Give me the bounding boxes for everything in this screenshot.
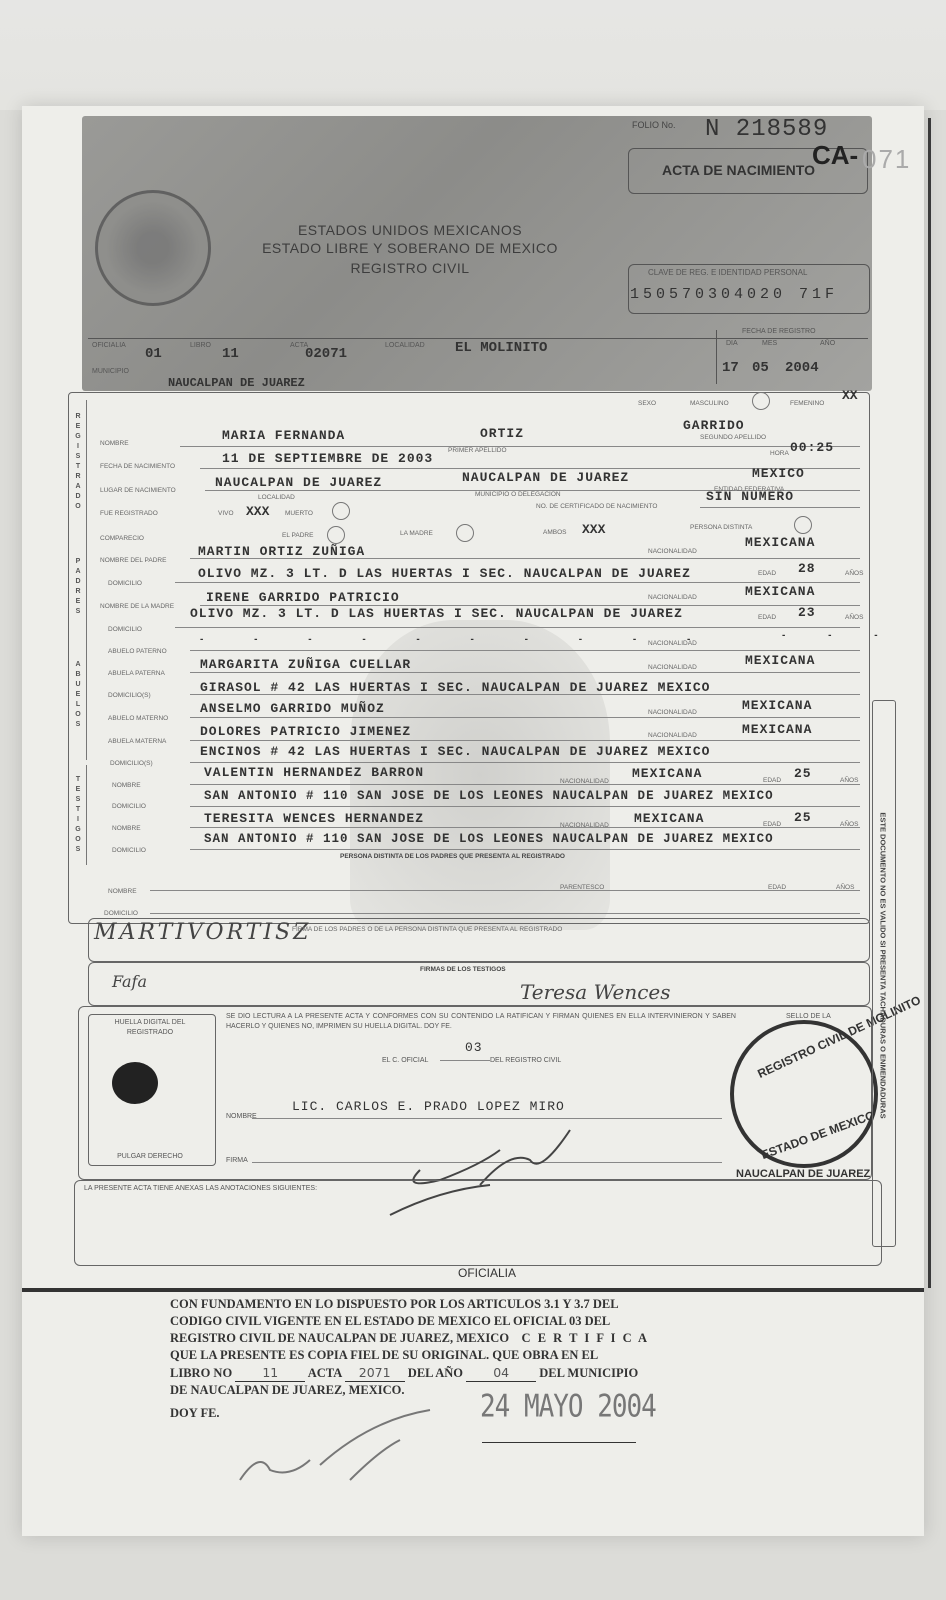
- abuelo-paterno-line: [190, 650, 860, 651]
- testigo1-nombre: VALENTIN HERNANDEZ BARRON: [204, 765, 424, 780]
- primer-apellido-label: PRIMER APELLIDO: [448, 447, 507, 454]
- dom-padre-line: [175, 582, 860, 583]
- sello-municipio: NAUCALPAN DE JUAREZ: [736, 1168, 870, 1180]
- abuela-paterna-value: MARGARITA ZUÑIGA CUELLAR: [200, 657, 411, 672]
- persona-distinta-title: PERSONA DISTINTA DE LOS PADRES QUE PRESE…: [340, 853, 565, 860]
- abuela-materna-line: [190, 740, 860, 741]
- testigo2-nacionalidad: MEXICANA: [634, 811, 704, 826]
- abuelo-materno-nac-value: MEXICANA: [742, 698, 812, 713]
- la-madre-label: LA MADRE: [400, 530, 433, 537]
- cert-libro-label: LIBRO NO: [170, 1366, 232, 1380]
- clave-label: CLAVE DE REG. E IDENTIDAD PERSONAL: [648, 268, 807, 277]
- oficialia-footer: OFICIALIA: [458, 1266, 516, 1280]
- cert-ano-label: DEL AÑO: [408, 1366, 463, 1380]
- state-title: ESTADO LIBRE Y SOBERANO DE MEXICO: [240, 240, 580, 256]
- testigo1-nac-label: NACIONALIDAD: [560, 778, 609, 785]
- municipio-value: NAUCALPAN DE JUAREZ: [168, 376, 305, 390]
- testigo2-edad: 25: [794, 810, 812, 825]
- testigo1-nacionalidad: MEXICANA: [632, 766, 702, 781]
- firma-padres-handwritten: MARTIVORTISZ: [94, 920, 311, 945]
- masculino-checkbox: [752, 392, 770, 410]
- abuela-paterna-nac-value: MEXICANA: [745, 653, 815, 668]
- domicilio-paternos-value: GIRASOL # 42 LAS HUERTAS I SEC. NAUCALPA…: [200, 680, 710, 695]
- nombre-label: NOMBRE: [100, 440, 129, 447]
- cert-line-4: QUE LA PRESENTE ES COPIA FIEL DE SU ORIG…: [170, 1347, 682, 1364]
- fecha-nacimiento-label: FECHA DE NACIMIENTO: [100, 463, 175, 470]
- abuela-paterna-label: ABUELA PATERNA: [108, 670, 165, 677]
- hora-label: HORA: [770, 450, 789, 457]
- certificado-label: No. DE CERTIFICADO DE NACIMIENTO: [536, 503, 657, 510]
- nombre-padre-label: NOMBRE DEL PADRE: [100, 557, 166, 564]
- nacionalidad-padre-label: NACIONALIDAD: [648, 548, 697, 555]
- section-tab-abuelos: ABUELOS: [70, 640, 87, 760]
- libro-label: LIBRO: [190, 342, 211, 349]
- fingerprint-icon: [112, 1062, 158, 1104]
- fecha-col-dia: DIA: [726, 340, 738, 347]
- vivo-mark: XXX: [246, 504, 269, 519]
- municipio-label: MUNICIPIO: [92, 368, 129, 375]
- fecha-col-ano: AÑO: [820, 340, 835, 347]
- domicilio-madre-value: OLIVO MZ. 3 LT. D LAS HUERTAS I SEC. NAU…: [190, 606, 683, 621]
- vivo-label: VIVO: [218, 510, 234, 517]
- nombre-value: MARIA FERNANDA: [222, 428, 345, 443]
- ambos-label: AMBOS: [543, 529, 566, 536]
- abuelo-materno-line: [190, 717, 860, 718]
- localidad-label: LOCALIDAD: [385, 342, 425, 349]
- municipio-sub-label: MUNICIPIO O DELEGACION: [475, 491, 561, 498]
- abuela-materna-value: DOLORES PATRICIO JIMENEZ: [200, 724, 411, 739]
- lugar-entidad-value: MEXICO: [752, 466, 805, 481]
- certification-date-stamp: 24 MAYO 2004: [480, 1389, 656, 1425]
- testigo2-nac-label: NACIONALIDAD: [560, 822, 609, 829]
- domicilio-padre-label: DOMICILIO: [108, 580, 142, 587]
- certificado-line: [700, 507, 860, 508]
- abuelo-materno-nac-label: NACIONALIDAD: [648, 709, 697, 716]
- edad-madre-value: 23: [798, 605, 816, 620]
- testigo2-nombre: TERESITA WENCES HERNANDEZ: [204, 811, 424, 826]
- testigo2-nombre-label: NOMBRE: [112, 825, 141, 832]
- testigo1-nombre-label: NOMBRE: [112, 782, 141, 789]
- el-padre-label: EL PADRE: [282, 532, 313, 539]
- cert-municipio-label: DEL MUNICIPIO: [539, 1366, 638, 1380]
- testigo1-domicilio: SAN ANTONIO # 110 SAN JOSE DE LOS LEONES…: [204, 789, 774, 803]
- nombre-line: [180, 446, 860, 447]
- fecha-col-mes: MES: [762, 340, 777, 347]
- pulgar-label: PULGAR DERECHO: [100, 1152, 200, 1162]
- ambos-mark: XXX: [582, 522, 605, 537]
- edad-padre-value: 28: [798, 561, 816, 576]
- muerto-checkbox: [332, 502, 350, 520]
- testigo1-edad: 25: [794, 766, 812, 781]
- dom-maternos-line: [190, 762, 860, 763]
- ca-stamp: CA-: [812, 140, 858, 171]
- testigo1-line: [190, 784, 860, 785]
- nombre-madre-value: IRENE GARRIDO PATRICIO: [206, 590, 400, 605]
- persona-edad-label: EDAD: [768, 884, 786, 891]
- segundo-apellido-label: SEGUNDO APELLIDO: [700, 434, 766, 441]
- localidad-sub-label: LOCALIDAD: [258, 494, 295, 501]
- certifier-signature-line: [482, 1442, 636, 1443]
- domicilio-maternos-label: DOMICILIO(S): [110, 760, 153, 767]
- abuelo-paterno-nac-value: - - -: [782, 630, 898, 641]
- footer-divider: [22, 1288, 924, 1292]
- testigo-signature-1: Fafa: [112, 972, 147, 991]
- testigo2-line: [190, 827, 860, 828]
- background-top: [0, 0, 946, 110]
- lectura-text: SE DIO LECTURA A LA PRESENTE ACTA Y CONF…: [226, 1012, 736, 1032]
- femenino-label: FEMENINO: [790, 400, 824, 407]
- muerto-label: MUERTO: [285, 510, 313, 517]
- section-tab-padres: PADRES: [70, 545, 87, 642]
- cert-acta-value: 2071: [345, 1364, 405, 1382]
- country-title: ESTADOS UNIDOS MEXICANOS: [240, 222, 580, 238]
- femenino-mark: XX: [842, 388, 858, 403]
- edad-madre-label: EDAD: [758, 614, 776, 621]
- nacionalidad-madre-label: NACIONALIDAD: [648, 594, 697, 601]
- persona-distinta-check-label: PERSONA DISTINTA: [690, 524, 752, 531]
- testigo2-domicilio: SAN ANTONIO # 110 SAN JOSE DE LOS LEONES…: [204, 832, 774, 846]
- parentesco-label: PARENTESCO: [560, 884, 604, 891]
- lugar-nacimiento-label: LUGAR DE NACIMIENTO: [100, 487, 176, 494]
- oficialia-value: 01: [145, 346, 162, 362]
- certifica-word: C E R T I F I C A: [522, 1331, 650, 1345]
- abuela-paterna-line: [190, 672, 860, 673]
- domicilio-padre-value: OLIVO MZ. 3 LT. D LAS HUERTAS I SEC. NAU…: [198, 566, 691, 581]
- document-type: ACTA DE NACIMIENTO: [662, 162, 815, 178]
- sexo-label: SEXO: [638, 400, 656, 407]
- huella-label: HUELLA DIGITAL DEL REGISTRADO: [100, 1018, 200, 1038]
- nombre-madre-label: NOMBRE DE LA MADRE: [100, 603, 174, 610]
- fecha-registro-ano: 2004: [785, 360, 819, 376]
- oficial-label: EL C. OFICIAL: [382, 1056, 428, 1066]
- oficialia-label: OFICIALIA: [92, 342, 126, 349]
- testigo2-dom-line: [190, 849, 860, 850]
- la-madre-checkbox: [456, 524, 474, 542]
- libro-value: 11: [222, 346, 239, 362]
- abuelo-materno-value: ANSELMO GARRIDO MUÑOZ: [200, 701, 385, 716]
- abuela-materna-nac-value: MEXICANA: [742, 722, 812, 737]
- page-edge: [928, 118, 931, 1288]
- oficial-line: [440, 1060, 490, 1061]
- oficial-nombre-label: NOMBRE: [226, 1112, 257, 1122]
- oficial-number: 03: [465, 1040, 483, 1055]
- persona-nombre-line: [150, 890, 860, 891]
- mexico-coat-of-arms-icon: [95, 190, 211, 306]
- domicilio-madre-label: DOMICILIO: [108, 626, 142, 633]
- persona-distinta-checkbox: [794, 516, 812, 534]
- oficial-firma-label: FIRMA: [226, 1156, 248, 1166]
- localidad-value: EL MOLINITO: [455, 340, 547, 356]
- ca-number: 071: [862, 144, 911, 175]
- persona-domicilio-label: DOMICILIO: [104, 910, 138, 917]
- edad-padre-label: EDAD: [758, 570, 776, 577]
- fecha-nacimiento-value: 11 DE SEPTIEMBRE DE 2003: [222, 451, 433, 466]
- testigo1-domicilio-label: DOMICILIO: [112, 803, 146, 810]
- persona-nombre-label: NOMBRE: [108, 888, 137, 895]
- domicilio-paternos-label: DOMICILIO(S): [108, 692, 151, 699]
- anos-padre-label: AÑOS: [845, 570, 863, 577]
- cert-acta-label: ACTA: [308, 1366, 342, 1380]
- abuela-materna-label: ABUELA MATERNA: [108, 738, 166, 745]
- cert-line-2: CODIGO CIVIL VIGENTE EN EL ESTADO DE MEX…: [170, 1313, 682, 1330]
- masculino-label: MASCULINO: [690, 400, 729, 407]
- primer-apellido-value: ORTIZ: [480, 426, 524, 441]
- fecha-registro-mes: 05: [752, 360, 769, 376]
- certificado-value: SIN NUMERO: [706, 489, 794, 504]
- persona-dom-line: [150, 913, 860, 914]
- testigo1-dom-line: [190, 806, 860, 807]
- acta-value: 02071: [305, 346, 347, 362]
- folio-label: FOLIO No.: [632, 120, 676, 130]
- lugar-localidad-value: NAUCALPAN DE JUAREZ: [215, 475, 382, 490]
- section-tab-testigos: TESTIGOS: [70, 765, 87, 865]
- hora-value: 00:25: [790, 440, 834, 455]
- folio-number: N 218589: [705, 116, 828, 143]
- certifier-signature-icon: [230, 1400, 450, 1490]
- dom-madre-line: [175, 627, 860, 628]
- anotaciones-label: LA PRESENTE ACTA TIENE ANEXAS LAS ANOTAC…: [84, 1184, 317, 1194]
- nombre-padre-value: MARTIN ORTIZ ZUÑIGA: [198, 544, 365, 559]
- nacionalidad-madre-value: MEXICANA: [745, 584, 815, 599]
- testigo1-edad-label: EDAD: [763, 777, 781, 784]
- firma-testigos-label: FIRMAS DE LOS TESTIGOS: [420, 966, 506, 973]
- abuela-materna-nac-label: NACIONALIDAD: [648, 732, 697, 739]
- fecha-registro-dia: 17: [722, 360, 739, 376]
- del-registro-label: DEL REGISTRO CIVIL: [490, 1056, 561, 1066]
- lugar-municipio-value: NAUCALPAN DE JUAREZ: [462, 470, 629, 485]
- fecha-registro-label: FECHA DE REGISTRO: [742, 328, 816, 335]
- testigo2-anos-label: AÑOS: [840, 821, 858, 828]
- abuelo-materno-label: ABUELO MATERNO: [108, 715, 168, 722]
- cert-line-3: REGISTRO CIVIL DE NAUCALPAN DE JUAREZ, M…: [170, 1331, 509, 1345]
- testigo2-edad-label: EDAD: [763, 821, 781, 828]
- testigo1-anos-label: AÑOS: [840, 777, 858, 784]
- cert-libro-value: 11: [235, 1364, 305, 1382]
- office-title: REGISTRO CIVIL: [240, 260, 580, 276]
- abuelo-paterno-nac-label: NACIONALIDAD: [648, 640, 697, 647]
- validity-note: ESTE DOCUMENTO NO ES VALIDO SI PRESENTA …: [879, 706, 888, 1226]
- section-tab-registrado: REGISTRADO: [70, 400, 87, 552]
- clave-value: 150570304020 71F: [630, 286, 838, 303]
- domicilio-maternos-value: ENCINOS # 42 LAS HUERTAS I SEC. NAUCALPA…: [200, 744, 710, 759]
- validity-note-box: ESTE DOCUMENTO NO ES VALIDO SI PRESENTA …: [872, 700, 896, 1247]
- cert-ano-value: 04: [466, 1364, 536, 1382]
- segundo-apellido-value: GARRIDO: [683, 418, 745, 433]
- testigo-signature-2: Teresa Wences: [520, 980, 671, 1004]
- comparecio-label: COMPARECIO: [100, 535, 144, 542]
- anos-madre-label: AÑOS: [845, 614, 863, 621]
- nacionalidad-padre-value: MEXICANA: [745, 535, 815, 550]
- el-padre-checkbox: [327, 526, 345, 544]
- persona-anos-label: AÑOS: [836, 884, 854, 891]
- fue-registrado-label: FUE REGISTRADO: [100, 510, 158, 517]
- testigo2-domicilio-label: DOMICILIO: [112, 847, 146, 854]
- abuelo-paterno-label: ABUELO PATERNO: [108, 648, 167, 655]
- cert-line-1: CON FUNDAMENTO EN LO DISPUESTO POR LOS A…: [170, 1296, 682, 1313]
- firma-padres-label: FIRMA DE LOS PADRES O DE LA PERSONA DIST…: [292, 926, 562, 933]
- abuelo-paterno-value: - - - - - - - - - -: [200, 634, 714, 645]
- abuela-paterna-nac-label: NACIONALIDAD: [648, 664, 697, 671]
